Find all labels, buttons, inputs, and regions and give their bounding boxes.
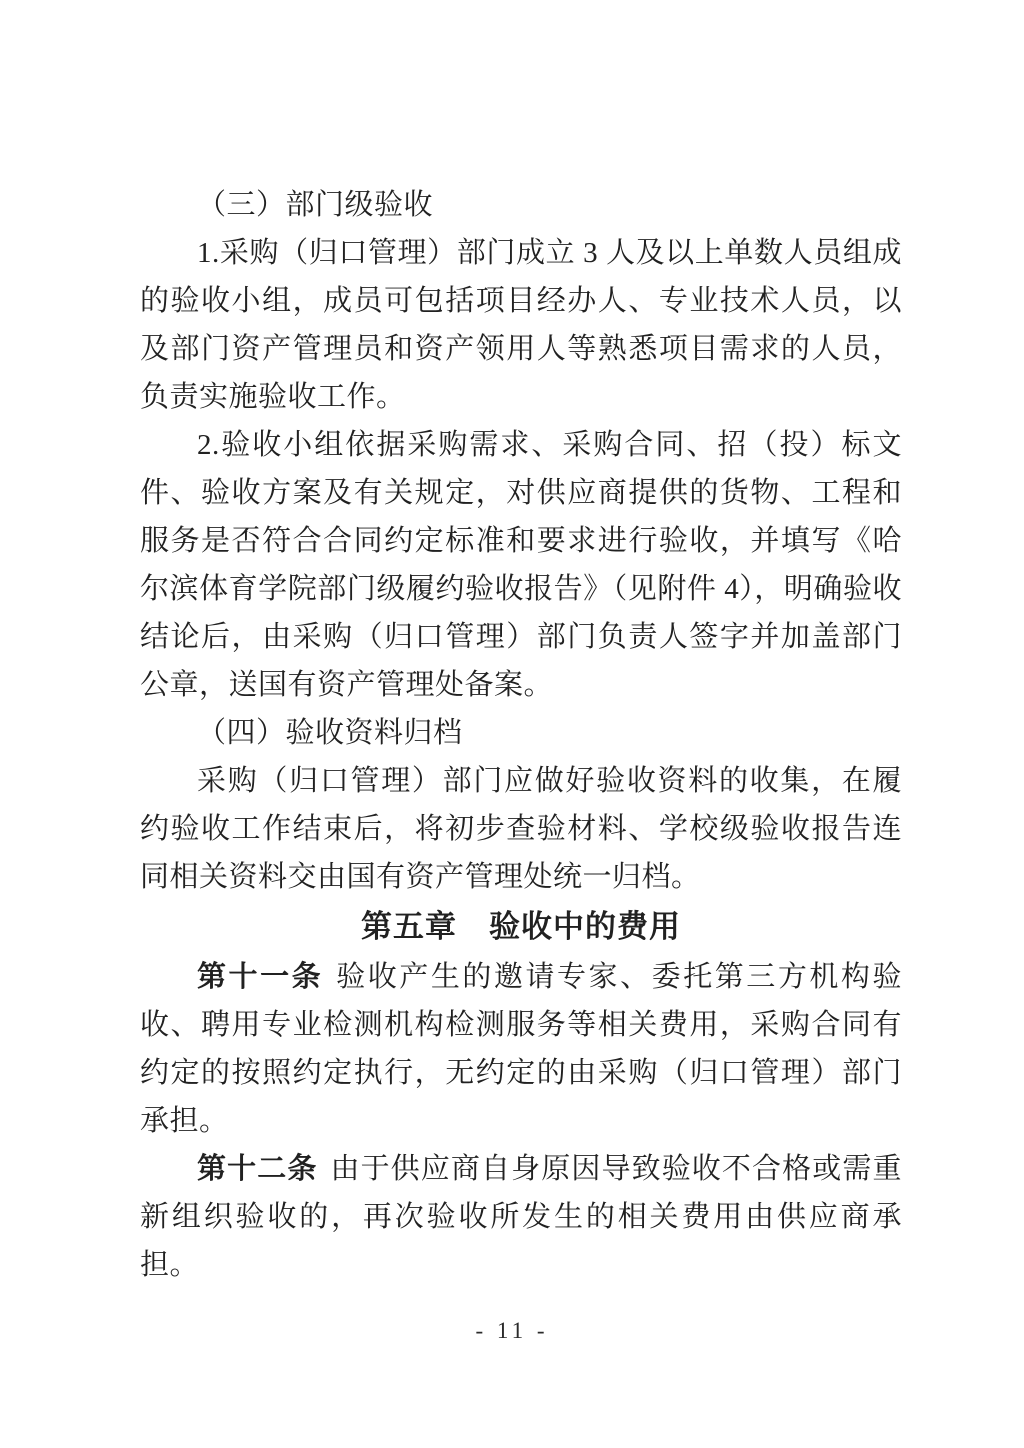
article-twelve: 第十二条由于供应商自身原因导致验收不合格或需重新组织验收的，再次验收所发生的相关…	[140, 1145, 902, 1289]
subheading-section-three: （三）部门级验收	[140, 181, 902, 229]
article-eleven: 第十一条验收产生的邀请专家、委托第三方机构验收、聘用专业检测机构检测服务等相关费…	[140, 953, 902, 1145]
article-twelve-label: 第十二条	[197, 1153, 317, 1185]
paragraph-archive: 采购（归口管理）部门应做好验收资料的收集，在履约验收工作结束后，将初步查验材料、…	[140, 757, 902, 901]
paragraph-acceptance-team: 1.采购（归口管理）部门成立 3 人及以上单数人员组成的验收小组，成员可包括项目…	[140, 229, 902, 421]
document-body: （三）部门级验收 1.采购（归口管理）部门成立 3 人及以上单数人员组成的验收小…	[140, 181, 902, 1289]
chapter-five-heading: 第五章 验收中的费用	[140, 901, 902, 953]
paragraph-acceptance-procedure: 2.验收小组依据采购需求、采购合同、招（投）标文件、验收方案及有关规定，对供应商…	[140, 421, 902, 709]
subheading-section-four: （四）验收资料归档	[140, 709, 902, 757]
document-page: （三）部门级验收 1.采购（归口管理）部门成立 3 人及以上单数人员组成的验收小…	[0, 0, 1024, 1448]
article-eleven-label: 第十一条	[197, 961, 323, 993]
page-number: - 11 -	[0, 1318, 1024, 1344]
